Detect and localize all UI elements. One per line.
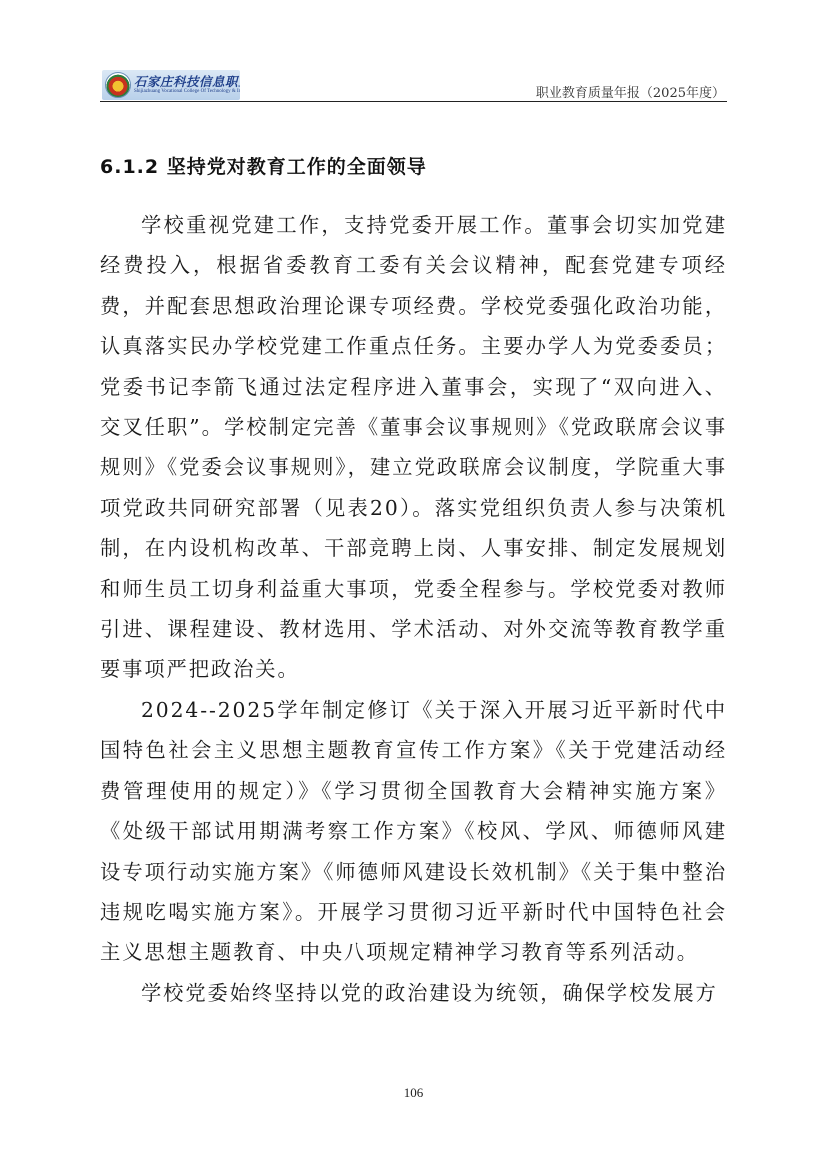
report-title: 职业教育质量年报（2025年度） bbox=[536, 82, 725, 101]
page-header: 石家庄科技信息职业学院 Shijiazhuang Vocational Coll… bbox=[100, 66, 727, 102]
section-heading: 6.1.2 坚持党对教育工作的全面领导 bbox=[100, 152, 427, 179]
paragraph-political-leadership: 学校党委始终坚持以党的政治建设为统领，确保学校发展方 bbox=[100, 973, 727, 1013]
body-text: 学校重视党建工作，支持党委开展工作。董事会切实加党建经费投入，根据省委教育工委有… bbox=[100, 205, 727, 1013]
college-emblem-icon bbox=[105, 72, 131, 98]
college-logo: 石家庄科技信息职业学院 Shijiazhuang Vocational Coll… bbox=[102, 70, 240, 100]
header-divider bbox=[100, 101, 727, 102]
paragraph-party-building: 学校重视党建工作，支持党委开展工作。董事会切实加党建经费投入，根据省委教育工委有… bbox=[100, 205, 727, 690]
college-name-cn: 石家庄科技信息职业学院 bbox=[134, 72, 240, 90]
page-number: 106 bbox=[0, 1085, 827, 1101]
paragraph-regulations: 2024--2025学年制定修订《关于深入开展习近平新时代中国特色社会主义思想主… bbox=[100, 690, 727, 973]
college-name-en: Shijiazhuang Vocational College Of Techn… bbox=[134, 89, 240, 94]
